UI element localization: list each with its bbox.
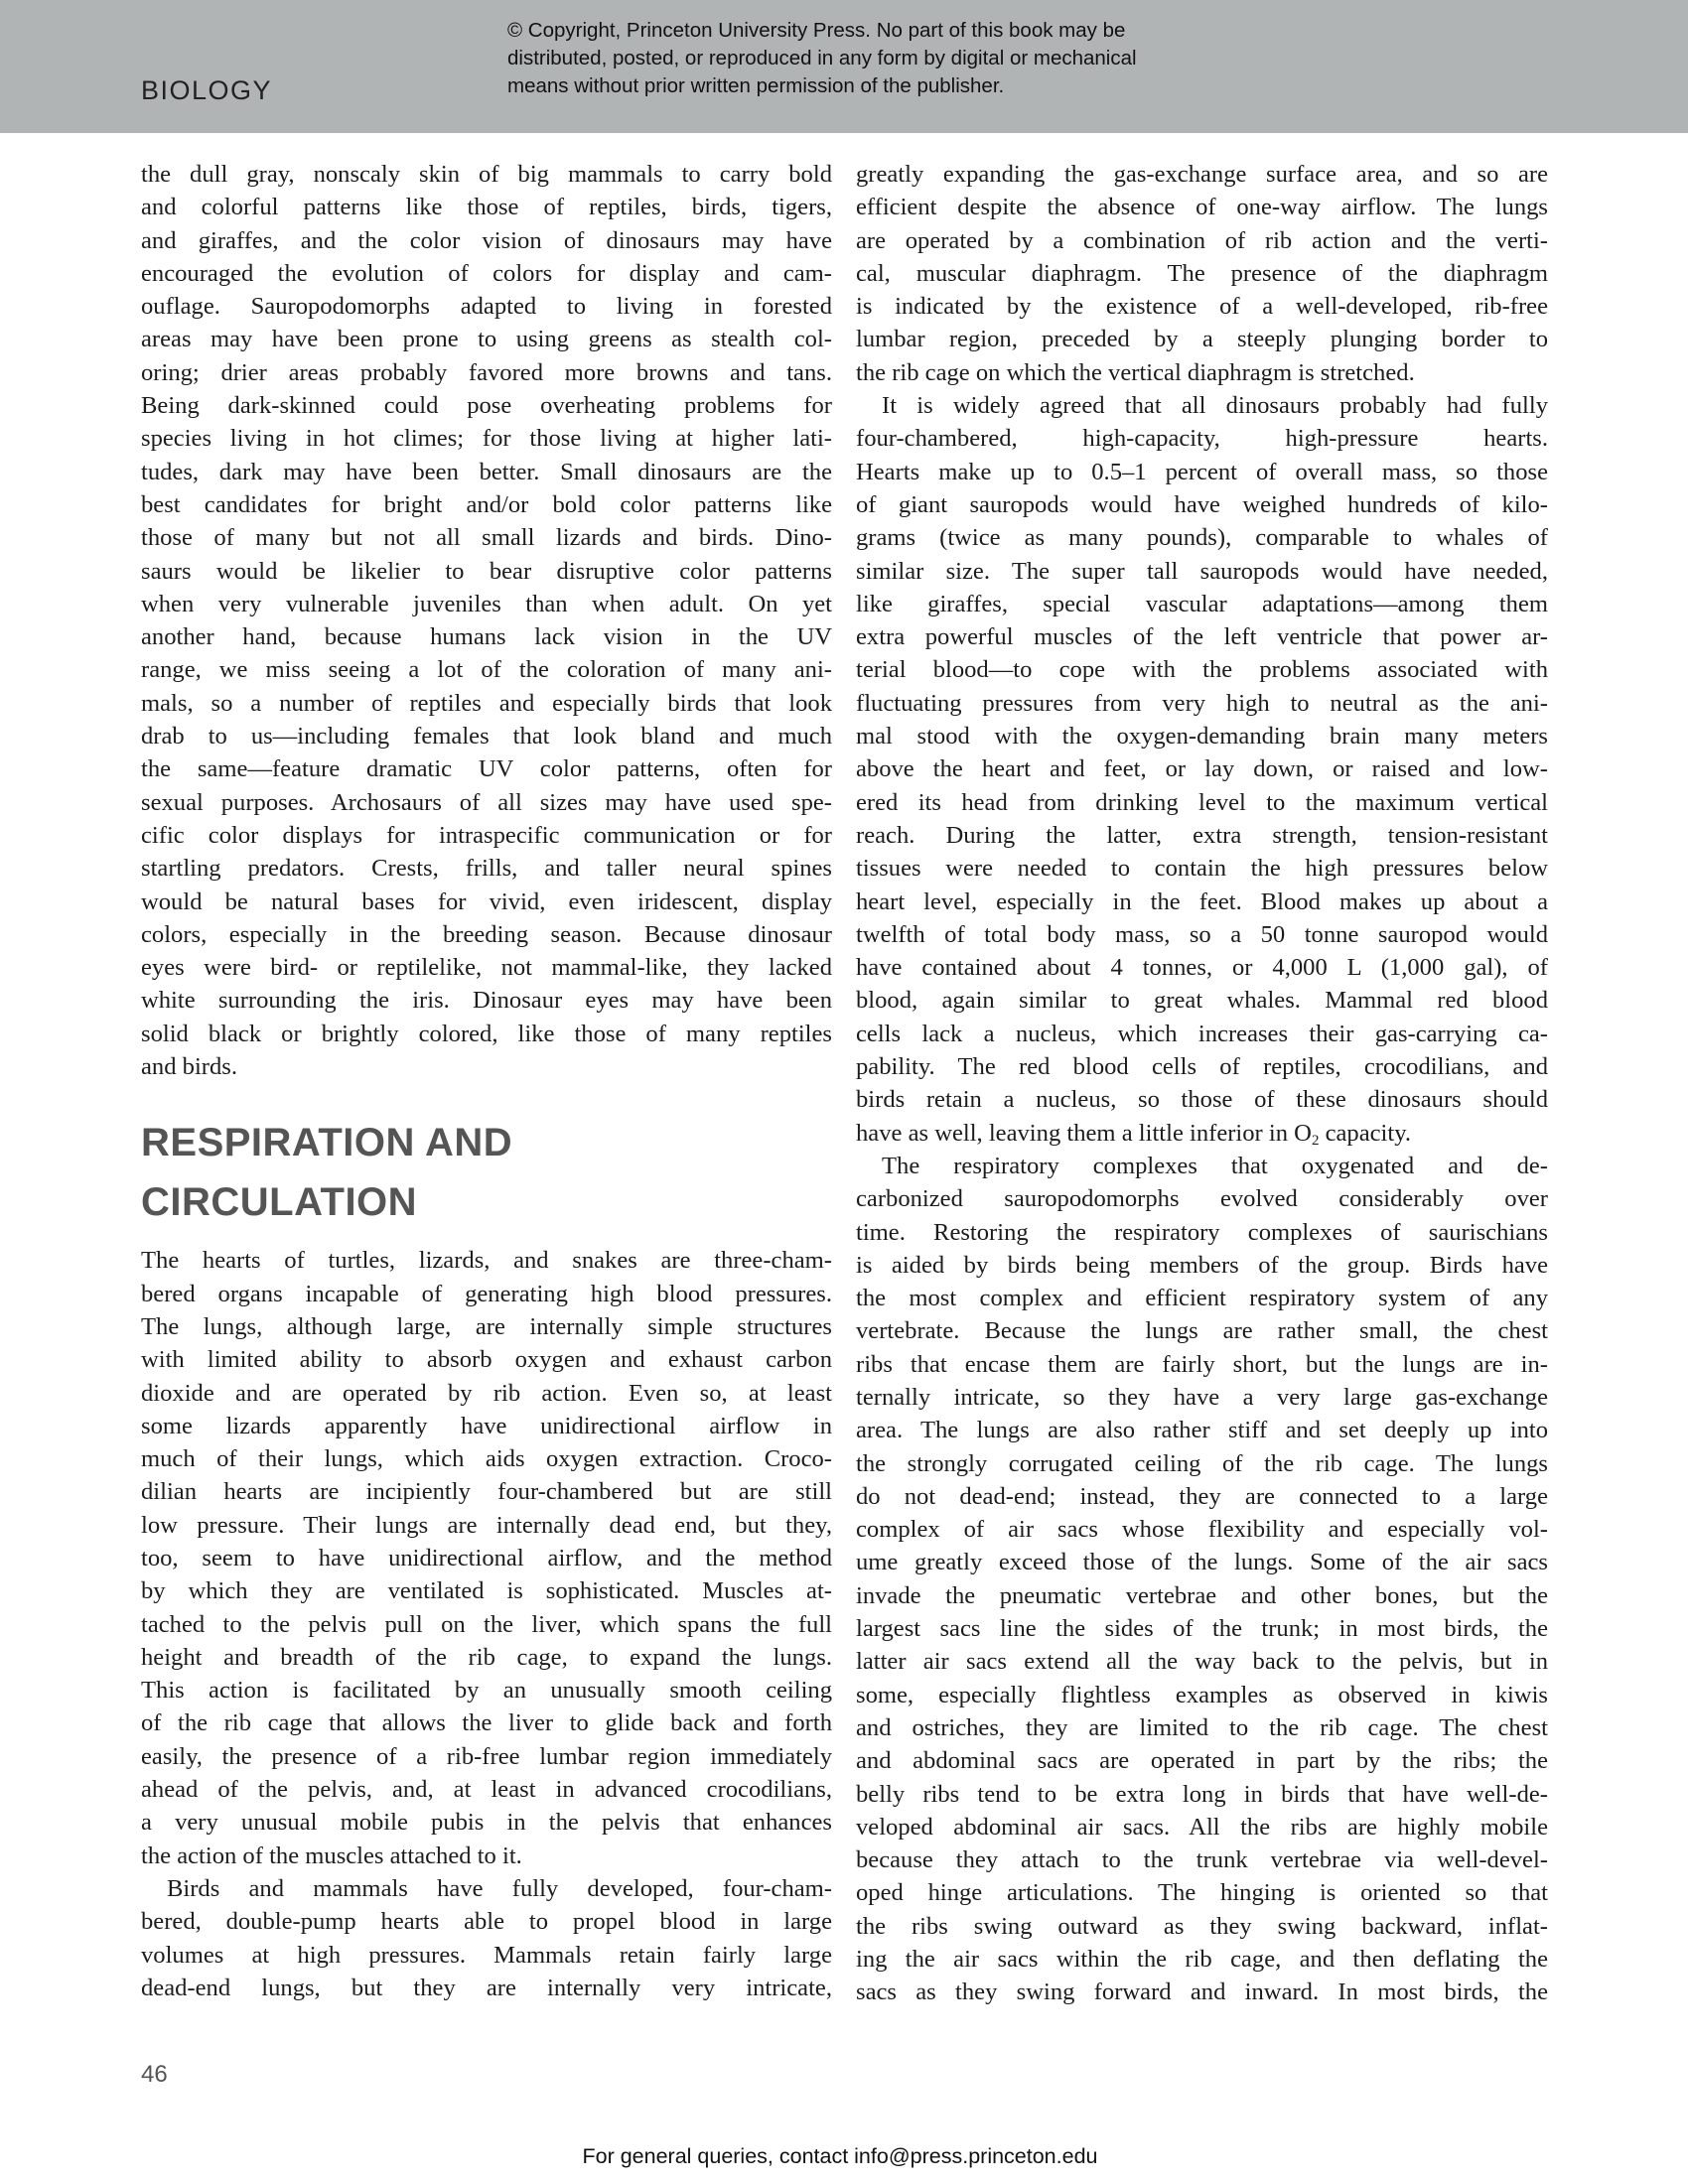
text-line: terial blood—to cope with the problems a…	[856, 653, 1548, 686]
text-line: and birds.	[141, 1050, 832, 1083]
text-line: bered, double-pump hearts able to propel…	[141, 1905, 832, 1938]
text-line: tissues were needed to contain the high …	[856, 852, 1548, 885]
text-line: extra powerful muscles of the left ventr…	[856, 620, 1548, 653]
text-line: fluctuating pressures from very high to …	[856, 687, 1548, 720]
left-column: the dull gray, nonscaly skin of big mamm…	[141, 158, 832, 2004]
text-line: areas may have been prone to using green…	[141, 323, 832, 355]
text-line: ternally intricate, so they have a very …	[856, 1381, 1548, 1414]
text-line: the action of the muscles attached to it…	[141, 1840, 832, 1872]
text-line: similar size. The super tall sauropods w…	[856, 555, 1548, 588]
running-head: BIOLOGY	[141, 75, 272, 106]
text-line: because they attach to the trunk vertebr…	[856, 1843, 1548, 1876]
text-line: tudes, dark may have been better. Small …	[141, 456, 832, 488]
text-line: latter air sacs extend all the way back …	[856, 1645, 1548, 1678]
copyright-line: means without prior written permission o…	[507, 72, 1222, 100]
text-line: and giraffes, and the color vision of di…	[141, 224, 832, 257]
text-line: Hearts make up to 0.5–1 percent of overa…	[856, 456, 1548, 488]
heading-line: CIRCULATION	[141, 1172, 832, 1232]
text-line: carbonized sauropodomorphs evolved consi…	[856, 1182, 1548, 1215]
text-line: would be natural bases for vivid, even i…	[141, 886, 832, 918]
text-line: too, seem to have unidirectional airflow…	[141, 1542, 832, 1574]
copyright-line: © Copyright, Princeton University Press.…	[507, 17, 1222, 45]
paragraph: The hearts of turtles, lizards, and snak…	[141, 1244, 832, 1872]
text-line: heart level, especially in the feet. Blo…	[856, 886, 1548, 918]
text-line: grams (twice as many pounds), comparable…	[856, 521, 1548, 554]
text-line: height and breadth of the rib cage, to e…	[141, 1641, 832, 1674]
text-line: have contained about 4 tonnes, or 4,000 …	[856, 951, 1548, 984]
text-line: Birds and mammals have fully developed, …	[141, 1872, 832, 1905]
text-line: when very vulnerable juveniles than when…	[141, 588, 832, 620]
page-number: 46	[141, 2061, 168, 2089]
text-line: lumbar region, preceded by a steeply plu…	[856, 323, 1548, 355]
footer-text: For general queries, contact info@press.…	[582, 2144, 1097, 2168]
text-line: and ostriches, they are limited to the r…	[856, 1711, 1548, 1744]
text-line: and colorful patterns like those of rept…	[141, 191, 832, 223]
text-line: The hearts of turtles, lizards, and snak…	[141, 1244, 832, 1277]
text-line: another hand, because humans lack vision…	[141, 620, 832, 653]
text-line: area. The lungs are also rather stiff an…	[856, 1414, 1548, 1446]
text-line: by which they are ventilated is sophisti…	[141, 1574, 832, 1607]
text-line: pability. The red blood cells of reptile…	[856, 1050, 1548, 1083]
text-line: species living in hot climes; for those …	[141, 422, 832, 455]
paragraph: greatly expanding the gas-exchange surfa…	[856, 158, 1548, 389]
text-line: It is widely agreed that all dinosaurs p…	[856, 389, 1548, 422]
text-line: the same—feature dramatic UV color patte…	[141, 752, 832, 785]
text-line: some, especially flightless examples as …	[856, 1679, 1548, 1711]
text-line: colors, especially in the breeding seaso…	[141, 918, 832, 951]
text-line: with limited ability to absorb oxygen an…	[141, 1343, 832, 1376]
text-line: the most complex and efficient respirato…	[856, 1282, 1548, 1314]
right-column: greatly expanding the gas-exchange surfa…	[856, 158, 1548, 2009]
copyright-notice: © Copyright, Princeton University Press.…	[507, 17, 1222, 100]
text-line: time. Restoring the respiratory complexe…	[856, 1216, 1548, 1249]
text-line: complex of air sacs whose flexibility an…	[856, 1513, 1548, 1546]
text-line: the strongly corrugated ceiling of the r…	[856, 1447, 1548, 1480]
text-line: drab to us—including females that look b…	[141, 720, 832, 752]
text-line: is aided by birds being members of the g…	[856, 1249, 1548, 1282]
text-line: saurs would be likelier to bear disrupti…	[141, 555, 832, 588]
section-heading: RESPIRATION AND CIRCULATION	[141, 1113, 832, 1232]
text-line: a very unusual mobile pubis in the pelvi…	[141, 1806, 832, 1839]
text-line: of the rib cage that allows the liver to…	[141, 1706, 832, 1739]
footer-contact: For general queries, contact info@press.…	[0, 2144, 1688, 2169]
text-line: startling predators. Crests, frills, and…	[141, 852, 832, 885]
heading-line: RESPIRATION AND	[141, 1113, 832, 1172]
text-line: vertebrate. Because the lungs are rather…	[856, 1314, 1548, 1347]
paragraph: have as well, leaving them a little infe…	[856, 1117, 1548, 1150]
text-line: tached to the pelvis pull on the liver, …	[141, 1608, 832, 1641]
text-line: dioxide and are operated by rib action. …	[141, 1377, 832, 1410]
text-line: ahead of the pelvis, and, at least in ad…	[141, 1773, 832, 1806]
text-line: mals, so a number of reptiles and especi…	[141, 687, 832, 720]
text-line: oring; drier areas probably favored more…	[141, 356, 832, 389]
text-line: like giraffes, special vascular adaptati…	[856, 588, 1548, 620]
text-line: greatly expanding the gas-exchange surfa…	[856, 158, 1548, 191]
paragraph: the dull gray, nonscaly skin of big mamm…	[141, 158, 832, 1083]
text-line: dilian hearts are incipiently four-chamb…	[141, 1475, 832, 1508]
text-line: have as well, leaving them a little infe…	[856, 1117, 1548, 1150]
text-line: are operated by a combination of rib act…	[856, 224, 1548, 257]
text-line: cific color displays for intraspecific c…	[141, 819, 832, 852]
text-line: blood, again similar to great whales. Ma…	[856, 984, 1548, 1017]
copyright-line: distributed, posted, or reproduced in an…	[507, 45, 1222, 72]
text-line: sexual purposes. Archosaurs of all sizes…	[141, 786, 832, 819]
text-line: range, we miss seeing a lot of the color…	[141, 653, 832, 686]
text-line: reach. During the latter, extra strength…	[856, 819, 1548, 852]
text-line: ing the air sacs within the rib cage, an…	[856, 1943, 1548, 1976]
text-line: of giant sauropods would have weighed hu…	[856, 488, 1548, 521]
text-line: much of their lungs, which aids oxygen e…	[141, 1442, 832, 1475]
text-line: cells lack a nucleus, which increases th…	[856, 1018, 1548, 1050]
text-line: four-chambered, high-capacity, high-pres…	[856, 422, 1548, 455]
text-line: This action is facilitated by an unusual…	[141, 1674, 832, 1706]
text-line: oped hinge articulations. The hinging is…	[856, 1876, 1548, 1909]
text-line: volumes at high pressures. Mammals retai…	[141, 1939, 832, 1972]
text-line: belly ribs tend to be extra long in bird…	[856, 1778, 1548, 1811]
text-line: Being dark-skinned could pose overheatin…	[141, 389, 832, 422]
text-line: best candidates for bright and/or bold c…	[141, 488, 832, 521]
text-line: do not dead-end; instead, they are conne…	[856, 1480, 1548, 1513]
text-line: eyes were bird- or reptilelike, not mamm…	[141, 951, 832, 984]
text-line: above the heart and feet, or lay down, o…	[856, 752, 1548, 785]
text-line: the dull gray, nonscaly skin of big mamm…	[141, 158, 832, 191]
text-line: sacs as they swing forward and inward. I…	[856, 1976, 1548, 2008]
text-line: dead-end lungs, but they are internally …	[141, 1972, 832, 2004]
text-line: efficient despite the absence of one-way…	[856, 191, 1548, 223]
text-line: white surrounding the iris. Dinosaur eye…	[141, 984, 832, 1017]
text-line: ribs that encase them are fairly short, …	[856, 1348, 1548, 1381]
text-line: is indicated by the existence of a well-…	[856, 290, 1548, 323]
text-line: The respiratory complexes that oxygenate…	[856, 1150, 1548, 1182]
paragraph: It is widely agreed that all dinosaurs p…	[856, 389, 1548, 1117]
text-line: those of many but not all small lizards …	[141, 521, 832, 554]
text-line: bered organs incapable of generating hig…	[141, 1278, 832, 1310]
text-line: birds retain a nucleus, so those of thes…	[856, 1083, 1548, 1116]
text-line: The lungs, although large, are internall…	[141, 1310, 832, 1343]
text-line: encouraged the evolution of colors for d…	[141, 257, 832, 290]
text-line: low pressure. Their lungs are internally…	[141, 1509, 832, 1542]
text-line: ouflage. Sauropodomorphs adapted to livi…	[141, 290, 832, 323]
text-line: and abdominal sacs are operated in part …	[856, 1744, 1548, 1777]
text-line: ered its head from drinking level to the…	[856, 786, 1548, 819]
text-line: largest sacs line the sides of the trunk…	[856, 1612, 1548, 1645]
text-line: cal, muscular diaphragm. The presence of…	[856, 257, 1548, 290]
text-line: the rib cage on which the vertical diaph…	[856, 356, 1548, 389]
text-line: twelfth of total body mass, so a 50 tonn…	[856, 918, 1548, 951]
text-line: mal stood with the oxygen-demanding brai…	[856, 720, 1548, 752]
text-line: invade the pneumatic vertebrae and other…	[856, 1579, 1548, 1612]
header-band: BIOLOGY © Copyright, Princeton Universit…	[0, 0, 1688, 133]
text-line: ume greatly exceed those of the lungs. S…	[856, 1546, 1548, 1578]
text-line: some lizards apparently have unidirectio…	[141, 1410, 832, 1442]
paragraph: Birds and mammals have fully developed, …	[141, 1872, 832, 2004]
text-line: veloped abdominal air sacs. All the ribs…	[856, 1811, 1548, 1843]
text-line: the ribs swing outward as they swing bac…	[856, 1910, 1548, 1943]
paragraph: The respiratory complexes that oxygenate…	[856, 1150, 1548, 2009]
text-line: solid black or brightly colored, like th…	[141, 1018, 832, 1050]
text-line: easily, the presence of a rib-free lumba…	[141, 1740, 832, 1773]
